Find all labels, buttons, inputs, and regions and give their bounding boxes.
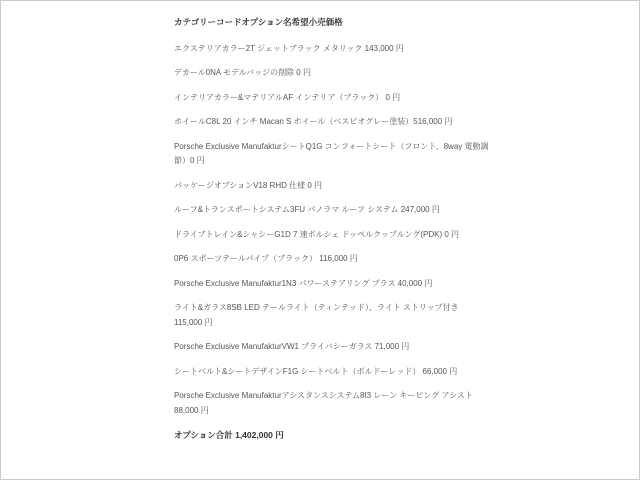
option-line: デカール0NA モデルバッジの削除 0 円 — [174, 66, 484, 81]
option-line: Porsche Exclusive Manufaktur1N3 パワーステアリン… — [174, 277, 484, 292]
option-line: 88,000 円 — [174, 404, 484, 419]
option-row: Porsche Exclusive ManufakturVW1 プライバシーガラ… — [174, 340, 484, 355]
option-row: シートベルト&シートデザインF1G シートベルト（ボルドーレッド） 66,000… — [174, 365, 484, 380]
option-line: ライト&ガラス8SB LED テールライト（ティンテッド）、ライト ストリップ付… — [174, 301, 484, 316]
option-line: ドライブトレイン&シャシーG1D 7 速ポルシェ ドッペルクップルング(PDK)… — [174, 228, 484, 243]
option-line: 0P6 スポーツテールパイプ（ブラック） 116,000 円 — [174, 252, 484, 267]
option-line: 節）0 円 — [174, 154, 484, 169]
option-line: エクステリアカラー2T ジェットブラック メタリック 143,000 円 — [174, 42, 484, 57]
option-row: Porsche Exclusive Manufaktur1N3 パワーステアリン… — [174, 277, 484, 292]
option-line: Porsche Exclusive Manufakturアシスタンスシステム8I… — [174, 389, 484, 404]
option-rows: エクステリアカラー2T ジェットブラック メタリック 143,000 円デカール… — [174, 42, 484, 419]
option-row: Porsche Exclusive ManufakturシートQ1G コンフォー… — [174, 140, 484, 169]
option-line: ホイールC8L 20 インチ Macan S ホイール（ベスビオグレー塗装）51… — [174, 115, 484, 130]
option-row: ライト&ガラス8SB LED テールライト（ティンテッド）、ライト ストリップ付… — [174, 301, 484, 330]
option-line: パッケージオプションV18 RHD 仕様 0 円 — [174, 179, 484, 194]
option-row: パッケージオプションV18 RHD 仕様 0 円 — [174, 179, 484, 194]
option-row: デカール0NA モデルバッジの削除 0 円 — [174, 66, 484, 81]
option-row: 0P6 スポーツテールパイプ（ブラック） 116,000 円 — [174, 252, 484, 267]
option-row: ルーフ&トランスポートシステム3FU パノラマ ルーフ システム 247,000… — [174, 203, 484, 218]
option-line: インテリアカラー&マテリアルAF インテリア（ブラック） 0 円 — [174, 91, 484, 106]
option-row: インテリアカラー&マテリアルAF インテリア（ブラック） 0 円 — [174, 91, 484, 106]
options-list: カテゴリーコードオプション名希望小売価格 エクステリアカラー2T ジェットブラッ… — [174, 15, 484, 443]
option-row: ホイールC8L 20 インチ Macan S ホイール（ベスビオグレー塗装）51… — [174, 115, 484, 130]
option-line: 115,000 円 — [174, 316, 484, 331]
option-row: ドライブトレイン&シャシーG1D 7 速ポルシェ ドッペルクップルング(PDK)… — [174, 228, 484, 243]
option-line: Porsche Exclusive ManufakturシートQ1G コンフォー… — [174, 140, 484, 155]
option-row: エクステリアカラー2T ジェットブラック メタリック 143,000 円 — [174, 42, 484, 57]
option-line: シートベルト&シートデザインF1G シートベルト（ボルドーレッド） 66,000… — [174, 365, 484, 380]
option-row: Porsche Exclusive Manufakturアシスタンスシステム8I… — [174, 389, 484, 418]
option-line: Porsche Exclusive ManufakturVW1 プライバシーガラ… — [174, 340, 484, 355]
document-header: カテゴリーコードオプション名希望小売価格 — [174, 15, 484, 30]
options-document-page: カテゴリーコードオプション名希望小売価格 エクステリアカラー2T ジェットブラッ… — [0, 0, 640, 480]
option-line: ルーフ&トランスポートシステム3FU パノラマ ルーフ システム 247,000… — [174, 203, 484, 218]
options-total: オプション合計 1,402,000 円 — [174, 428, 484, 443]
